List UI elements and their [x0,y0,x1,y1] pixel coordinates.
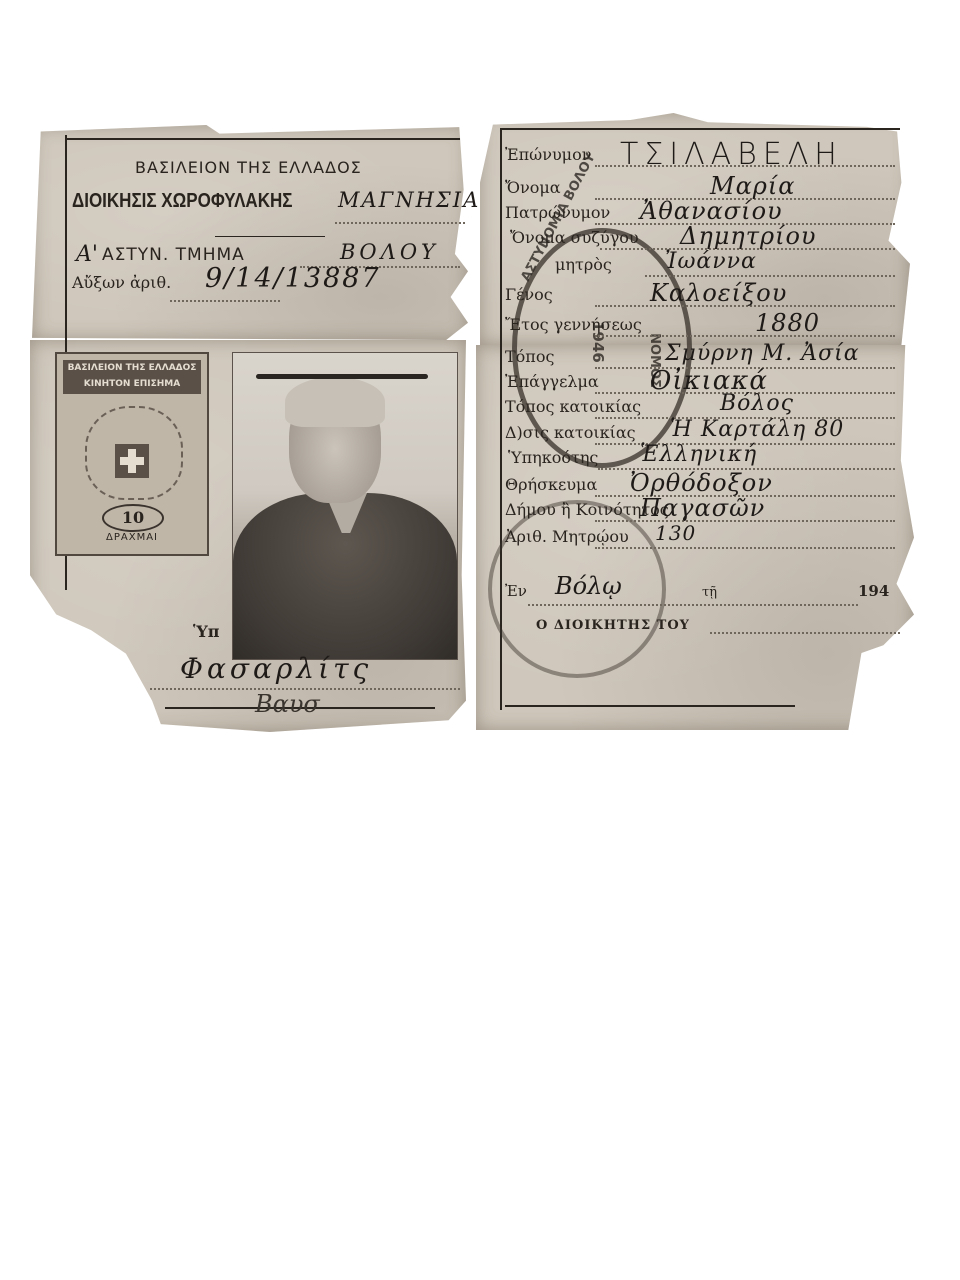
revenue-stamp-value: 10 [102,504,164,532]
right-bottom-border [505,705,795,707]
revenue-stamp-banner: ΒΑΣΙΛΕΙΟΝ ΤΗΣ ΕΛΛΑΔΟΣ ΚΙΝΗΤΟΝ ΕΠΙΣΗΜΑ [63,360,201,394]
field-value: Μαρία [710,172,796,200]
field-label: Δ)σις κατοικίας [505,423,636,442]
serial-label: Αὔξων ἀριθ. [72,273,171,292]
field-label: μητρὸς [555,255,612,274]
dotted-line [528,604,858,606]
dotted-line [595,547,895,549]
staple-icon [256,374,428,379]
issue-place-value: Βόλῳ [555,572,622,600]
field-value: 1880 [755,309,820,337]
photo-hair [285,377,385,427]
revenue-stamp-banner-line-1: ΒΑΣΙΛΕΙΟΝ ΤΗΣ ΕΛΛΑΔΟΣ [63,360,201,376]
field-label: Γένος [505,285,553,304]
field-label: Πατρώνυμον [505,203,610,222]
issue-year: 194 [858,582,889,600]
right-top-border [500,128,900,130]
holder-signature-2: Βαυσ [255,690,320,718]
field-label: Ὄνομα συζύγου [510,228,639,247]
field-label: Ἐπάγγελμα [505,372,599,391]
field-label: Ἀριθ. Μητρῴου [505,527,629,546]
dotted-line [170,300,280,302]
authority-label: ΔΙΟΙΚΗΣΙΣ ΧΩΡΟΦΥΛΑΚΗΣ [72,190,292,213]
underline [215,236,325,237]
field-value: Ἑλληνική [640,442,757,467]
serial-value: 9/14/13887 [205,263,381,294]
commander-label: Ο ΔΙΟΙΚΗΤΗΣ ΤΟΥ [536,618,690,633]
department-label: ΑΣΤΥΝ. ΤΜΗΜΑ [102,245,245,265]
field-value: Βόλος [720,391,794,416]
field-value: Σμύρνη Μ. Ἀσία [665,341,860,366]
field-value: Ὀρθόδοξον [630,469,773,497]
holder-signature: Φασαρλίτς [180,652,372,685]
left-top-border [65,138,460,140]
field-label: Τόπος κατοικίας [505,397,641,416]
field-label: Ὑπηκοότης [508,448,598,467]
field-value: 130 [655,521,696,545]
field-label: Ἐπώνυμον [505,145,591,164]
issue-day-label: τῇ [702,585,717,600]
dotted-line [710,632,900,634]
holder-photo [232,352,458,660]
dotted-line [335,222,465,224]
field-value: Δημητρίου [680,222,817,250]
cross-shield-icon [115,444,149,478]
field-value: Ἡ Καρτάλη 80 [670,417,844,442]
field-value: Καλοείξου [650,279,787,307]
field-label: Ἔτος γεννήσεως [505,315,642,334]
dotted-line [645,275,895,277]
field-label: Ὄνομα [505,178,561,197]
revenue-stamp-unit: ΔΡΑΧΜΑΙ [57,532,207,543]
field-value: Ἀθανασίου [640,197,783,225]
department-value: ΒΟΛΟΥ [340,240,439,264]
issue-place-label: Ἐν [505,582,527,600]
signature-label: Ὑπ [193,622,219,641]
kingdom-heading: ΒΑΣΙΛΕΙΟΝ ΤΗΣ ΕΛΛΑΔΟΣ [135,158,362,177]
department-prefix: Α' [76,242,98,267]
field-label: Τόπος [505,347,554,366]
field-value: Ἰωάννα [665,249,757,274]
field-value: ΤΣΙΛΑΒΕΛΗ [620,137,843,172]
field-value: Παγασῶν [640,494,765,522]
revenue-stamp: ΒΑΣΙΛΕΙΟΝ ΤΗΣ ΕΛΛΑΔΟΣ ΚΙΝΗΤΟΝ ΕΠΙΣΗΜΑ 10… [55,352,209,556]
revenue-stamp-banner-line-2: ΚΙΝΗΤΟΝ ΕΠΙΣΗΜΑ [63,376,201,392]
field-label: Θρήσκευμα [505,475,597,494]
dotted-line [595,335,895,337]
authority-value: ΜΑΓΝΗΣΙΑ [338,188,480,212]
